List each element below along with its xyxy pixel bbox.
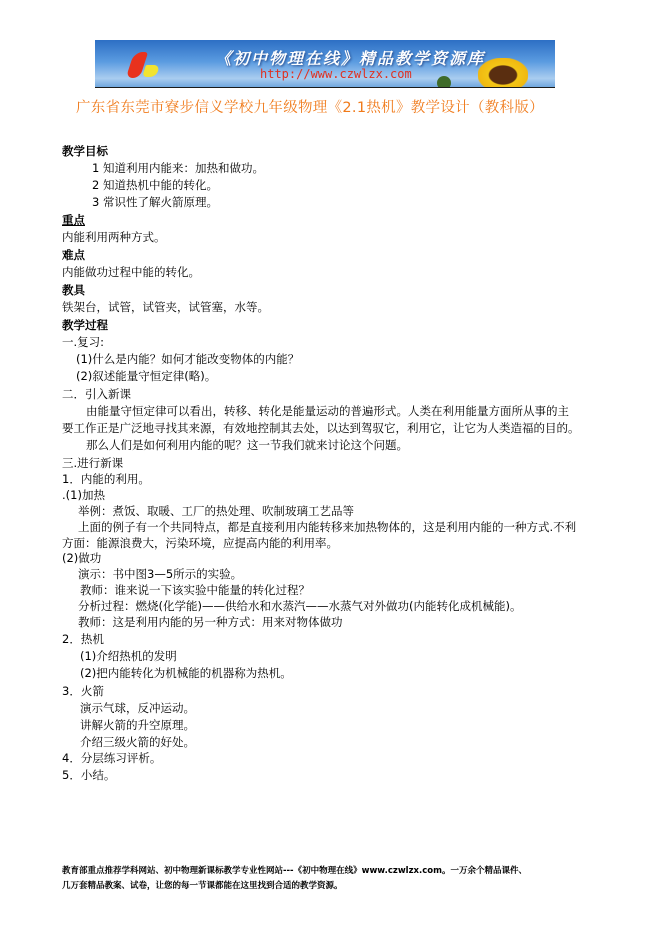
- rocket-item: 讲解火箭的升空原理。: [80, 718, 195, 732]
- rocket-item: 介绍三级火箭的好处。: [80, 735, 195, 749]
- banner-divider: [95, 87, 555, 88]
- review-heading: 一.复习:: [62, 335, 104, 349]
- objective-item: 1 知道利用内能来：加热和做功。: [92, 161, 264, 175]
- demo-text: 演示：书中图3—5所示的实验。: [78, 567, 242, 581]
- intro-paragraph-2: 那么人们是如何利用内能的呢？这一节我们就来讨论这个问题。: [86, 438, 408, 452]
- process-heading: 教学过程: [62, 318, 108, 332]
- logo-icon-accent: [142, 65, 160, 77]
- analysis-text: 分析过程：燃烧(化学能)——供给水和水蒸汽——水蒸气对外做功(内能转化成机械能)…: [78, 599, 521, 613]
- intro-heading: 二．引入新课: [62, 387, 131, 401]
- sunflower-icon: [478, 58, 528, 88]
- site-banner: 《初中物理在线》精品教学资源库 http://www.czwlzx.com: [95, 40, 555, 88]
- tools-heading: 教具: [62, 283, 85, 297]
- objective-item: 2 知道热机中能的转化。: [92, 178, 218, 192]
- rocket-item: 演示气球，反冲运动。: [80, 701, 195, 715]
- section-4-heading: 4．分层练习评析。: [62, 751, 161, 765]
- new-lesson-heading: 三.进行新课: [62, 456, 123, 470]
- review-item: (2)叙述能量守恒定律(略)。: [76, 369, 216, 383]
- footer-line: 几万套精品教案、试卷，让您的每一节课都能在这里找到合适的教学资源。: [62, 879, 343, 891]
- teacher-answer: 教师：这是利用内能的另一种方式：用来对物体做功: [78, 615, 343, 629]
- tools-text: 铁架台，试管，试管夹，试管塞，水等。: [62, 300, 269, 314]
- section-2-heading: 2．热机: [62, 632, 104, 646]
- section-5-heading: 5．小结。: [62, 768, 115, 782]
- key-text: 内能利用两种方式。: [62, 230, 166, 244]
- difficulty-heading: 难点: [62, 248, 85, 262]
- section-1-heading: 1．内能的利用。: [62, 472, 150, 486]
- key-heading: 重点: [62, 213, 85, 227]
- section-3-heading: 3．火箭: [62, 684, 104, 698]
- difficulty-text: 内能做功过程中能的转化。: [62, 265, 200, 279]
- banner-url[interactable]: http://www.czwlzx.com: [260, 67, 412, 81]
- heat-engine-item: (1)介绍热机的发明: [80, 649, 177, 663]
- objective-item: 3 常识性了解火箭原理。: [92, 195, 218, 209]
- section-1-1-heading: .(1)加热: [62, 488, 105, 502]
- heating-examples: 举例：煮饭、取暖、工厂的热处理、吹制玻璃工艺品等: [78, 504, 354, 518]
- heat-engine-item: (2)把内能转化为机械能的机器称为热机。: [80, 666, 292, 680]
- document-title: 广东省东莞市寮步信义学校九年级物理《2.1热机》教学设计（教科版）: [76, 96, 544, 117]
- review-item: (1)什么是内能？如何才能改变物体的内能？: [76, 352, 299, 366]
- heating-paragraph-line: 方面：能源浪费大，污染环境，应提高内能的利用率。: [62, 536, 338, 550]
- banner-title: 《初中物理在线》精品教学资源库: [215, 46, 485, 69]
- footer-line: 教育部重点推荐学科网站、初中物理新课标教学专业性网站---《初中物理在线》www…: [62, 864, 527, 876]
- teacher-question: 教师：谁来说一下该实验中能量的转化过程？: [80, 583, 310, 597]
- objectives-heading: 教学目标: [62, 144, 108, 158]
- intro-paragraph-line: 要工作正是广泛地寻找其来源，有效地控制其去处，以达到驾驭它，利用它，让它为人类造…: [62, 421, 580, 435]
- intro-paragraph-line: 由能量守恒定律可以看出，转移、转化是能量运动的普遍形式。人类在利用能量方面所从事…: [86, 404, 569, 418]
- section-1-2-heading: (2)做功: [62, 551, 101, 565]
- heating-paragraph-line: 上面的例子有一个共同特点，都是直接利用内能转移来加热物体的，这是利用内能的一种方…: [78, 520, 576, 534]
